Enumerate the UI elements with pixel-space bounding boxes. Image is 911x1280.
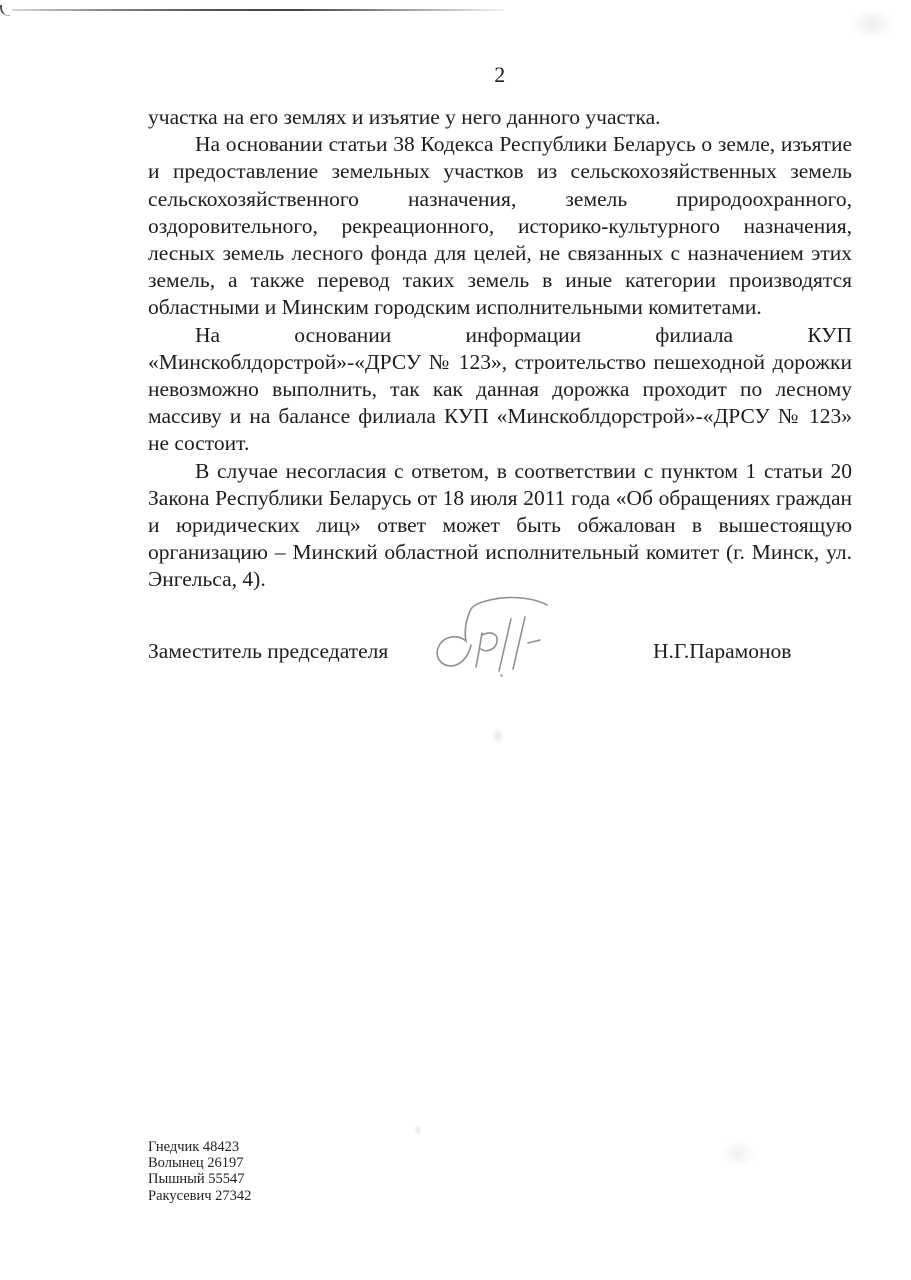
signatory-name: Н.Г.Парамонов xyxy=(653,638,791,665)
scan-artifact-corner-mark xyxy=(0,5,10,16)
page-number: 2 xyxy=(148,62,852,88)
signatory-title: Заместитель председателя xyxy=(148,638,388,665)
paragraph: В случае несогласия с ответом, в соответ… xyxy=(148,458,852,594)
signature-block: Заместитель председателя Н.Г.Парамонов xyxy=(148,638,852,668)
footer-contact-line: Гнедчик 48423 xyxy=(148,1139,251,1155)
paragraph-continuation: участка на его землях и изъятие у него д… xyxy=(148,104,852,131)
footer-contacts: Гнедчик 48423 Волынец 26197 Пышный 55547… xyxy=(148,1139,251,1204)
scan-artifact-top-line xyxy=(12,9,504,11)
scan-artifact-right-smudge xyxy=(850,8,894,40)
footer-contact-line: Пышный 55547 xyxy=(148,1171,251,1187)
footer-contact-line: Волынец 26197 xyxy=(148,1155,251,1171)
scan-smudge xyxy=(414,1124,422,1136)
scan-smudge xyxy=(720,1140,756,1168)
scan-smudge xyxy=(492,728,504,744)
scanned-document-page: 2 участка на его землях и изъятие у него… xyxy=(0,0,911,1280)
paragraph: На основании статьи 38 Кодекса Республик… xyxy=(148,131,852,321)
paragraph: На основании информации филиала КУП «Мин… xyxy=(148,322,852,458)
document-body: участка на его землях и изъятие у него д… xyxy=(148,104,852,668)
footer-contact-line: Ракусевич 27342 xyxy=(148,1188,251,1204)
handwritten-signature-icon xyxy=(428,591,555,681)
